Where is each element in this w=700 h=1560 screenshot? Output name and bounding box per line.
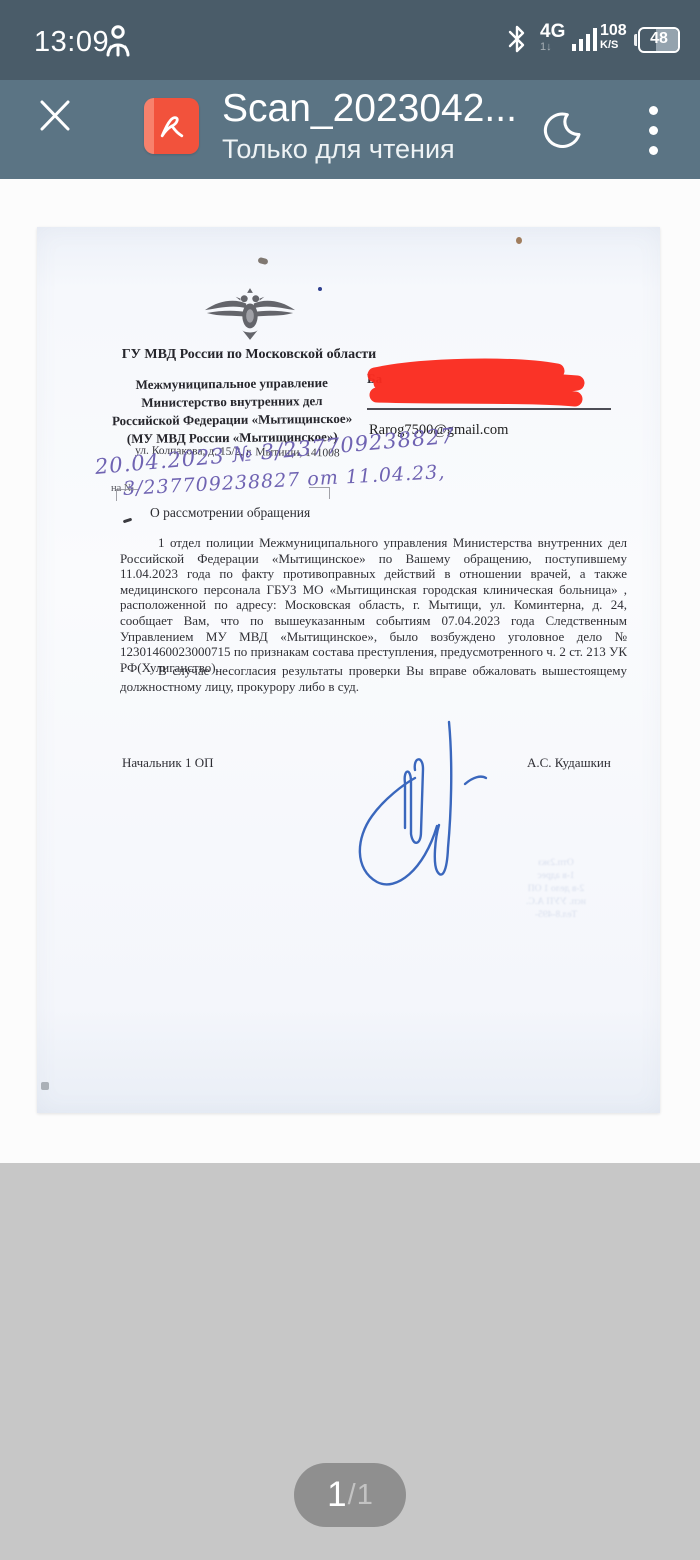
close-button[interactable]: [38, 96, 72, 134]
bluetooth-icon: [506, 24, 528, 59]
scan-speck: [41, 1082, 49, 1090]
recipient-underline: [367, 408, 611, 410]
signal-strength-icon: [572, 26, 598, 57]
app-bar: Scan_2023042... Только для чтения: [0, 80, 700, 179]
signer-position: Начальник 1 ОП: [122, 755, 213, 771]
scanned-page: ГУ МВД России по Московской области Межм…: [37, 227, 660, 1113]
pen-signature: [352, 720, 497, 915]
body-paragraph-1: 1 отдел полиции Межмуниципального управл…: [120, 535, 627, 675]
total-pages: 1: [357, 1479, 373, 1512]
document-title: Scan_2023042...: [222, 86, 522, 132]
bleedthrough-text: Отп.2экз 1-в адрес 2-в дело 1 ОП исп. УУ…: [477, 857, 635, 922]
phone-screen: 13:09 4G 1↓ 108 K/S: [0, 0, 700, 1560]
document-viewer[interactable]: ГУ МВД России по Московской области Межм…: [0, 179, 700, 1163]
battery-percent: 48: [640, 30, 678, 48]
network-type: 4G 1↓: [540, 22, 570, 53]
overflow-menu-button[interactable]: [641, 102, 665, 160]
page-indicator: 1 / 1: [294, 1463, 406, 1527]
title-block: Scan_2023042... Только для чтения: [222, 86, 522, 166]
clock: 13:09: [34, 26, 109, 59]
scan-speck: [516, 237, 522, 244]
address-corner-mark: [116, 489, 138, 501]
subject-line: О рассмотрении обращения: [150, 505, 310, 521]
mvd-eagle-emblem-icon: [204, 287, 296, 346]
pen-tick-mark: [123, 518, 132, 524]
ink-dot: [318, 287, 322, 291]
battery-icon: 48: [634, 27, 680, 53]
agency-header: ГУ МВД России по Московской области: [115, 347, 383, 363]
footer-area: 1 / 1: [0, 1163, 700, 1560]
address-corner-mark: [309, 487, 330, 499]
signer-name: А.С. Кудашкин: [527, 755, 611, 771]
read-only-label: Только для чтения: [222, 132, 522, 166]
network-speed: 108 K/S: [600, 23, 627, 51]
status-bar: 13:09 4G 1↓ 108 K/S: [0, 0, 700, 80]
night-mode-button[interactable]: [541, 112, 581, 148]
current-page: 1: [327, 1475, 346, 1515]
body-paragraph-2: В случае несогласия результаты проверки …: [120, 663, 627, 694]
pdf-file-icon: [144, 98, 199, 154]
ok-notification-icon: [103, 24, 133, 63]
scan-speck: [257, 257, 268, 265]
acrobat-logo-icon: [158, 112, 186, 145]
